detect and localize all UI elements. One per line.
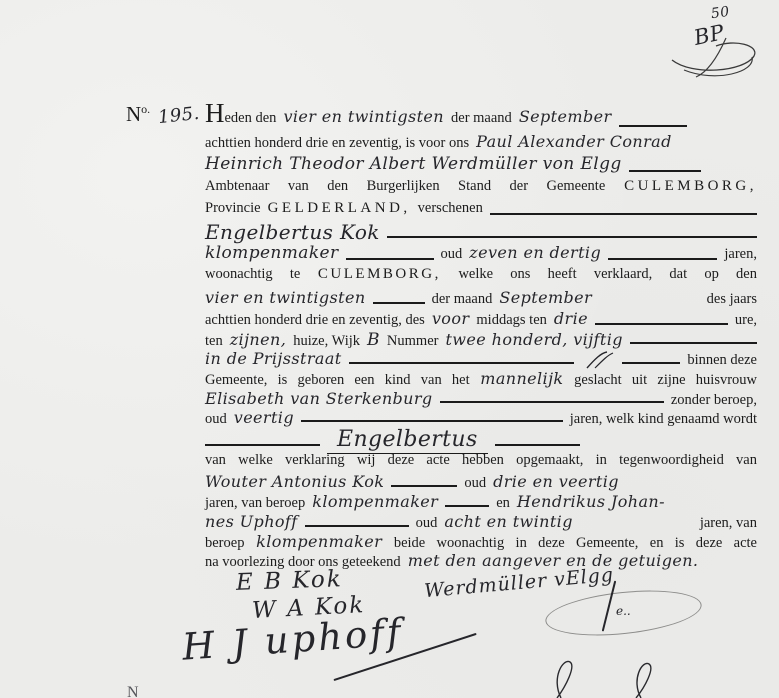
pen-flourish [581, 351, 615, 369]
handwritten-registrar-name-2: Heinrich Theodor Albert Werdmüller von E… [205, 154, 622, 174]
printed-text: der maand [432, 291, 493, 308]
handwritten-closing: met den aangever en de getuigen. [408, 551, 699, 570]
rule-fill [608, 258, 717, 260]
line-declarant-name: Engelbertus Kok [205, 220, 757, 243]
handwritten-month: September [519, 107, 612, 126]
handwritten-hour: drie [554, 309, 588, 328]
line-house-number: ten zijnen, huize, Wijk B Nummer twee ho… [205, 330, 757, 349]
paraph-flourish [664, 30, 768, 80]
handwritten-witness2-name-1: Hendrikus Johan- [517, 492, 665, 511]
printed-text: beroep [205, 535, 244, 551]
line-witness1: Wouter Antonius Kok oud drie en veertig [205, 472, 757, 492]
printed-text: jaren, van beroep [205, 495, 305, 512]
rule-fill [373, 302, 425, 304]
act-number-ordinal: o. [141, 102, 150, 116]
line-birth-time: achttien honderd drie en zeventig, des v… [205, 309, 757, 330]
printed-text: achttien honderd drie en zeventig, is vo… [205, 135, 469, 152]
handwritten-mother-name: Elisabeth van Sterkenburg [205, 389, 433, 408]
line-street: in de Prijsstraat binnen deze [205, 349, 757, 369]
line-declarant-occupation-age: klompenmaker oud zeven en dertig jaren, [205, 243, 757, 265]
rule-fill [629, 170, 701, 172]
rule-fill [305, 525, 409, 527]
handwritten-day: vier en twintigsten [283, 107, 444, 126]
printed-text: oud [464, 475, 486, 492]
handwritten-mother-age: veertig [234, 408, 294, 427]
printed-text: jaren, [724, 246, 757, 263]
printed-initial: H [205, 98, 225, 128]
handwritten-witness2-age: acht en twintig [444, 512, 573, 531]
handwritten-house-number: twee honderd, vijftig [445, 330, 622, 349]
handwritten-witness1-name: Wouter Antonius Kok [205, 472, 384, 491]
line-registrar-name: Heinrich Theodor Albert Werdmüller von E… [205, 154, 757, 177]
handwritten-gender: mannelijk [480, 369, 563, 388]
line-opening-date: Heden den vier en twintigsten der maand … [205, 98, 757, 132]
handwriting-fragment-loops [545, 656, 715, 698]
registrar-paraph-mark: e.. [616, 604, 631, 618]
printed-text: achttien honderd drie en zeventig, des [205, 312, 425, 329]
printed-text: ure, [735, 312, 757, 329]
rule-fill [495, 444, 580, 446]
signature-witness2: H J uphoff [181, 610, 405, 668]
handwritten-age: zeven en dertig [469, 243, 601, 262]
rule-fill [349, 362, 575, 364]
printed-text: des jaars [707, 291, 757, 308]
printed-municipality: CULEMBORG, [624, 178, 757, 194]
line-child-gender: Gemeente, is geboren een kind van het ma… [205, 369, 757, 389]
rule-fill [301, 420, 563, 422]
printed-text: ten [205, 333, 223, 350]
handwritten-birth-day: vier en twintigsten [205, 288, 366, 307]
line-witness1-occupation: jaren, van beroep klompenmaker en Hendri… [205, 492, 757, 512]
printed-text: welke ons heeft verklaard, dat op den [458, 266, 757, 282]
signature-declarant: E B Kok [236, 566, 344, 596]
line-child-name: Engelbertus [205, 427, 757, 451]
handwritten-street: in de Prijsstraat [205, 349, 342, 368]
handwritten-witness1-occupation: klompenmaker [312, 492, 438, 511]
handwritten-witness1-age: drie en veertig [493, 472, 619, 491]
printed-text: zonder beroep, [671, 392, 757, 409]
act-number-value: 195. [157, 103, 201, 128]
line-mother-name: Elisabeth van Sterkenburg zonder beroep, [205, 389, 757, 408]
line-year-registrar: achttien honderd drie en zeventig, is vo… [205, 132, 757, 154]
rule-fill [205, 444, 320, 446]
handwritten-district: B [367, 330, 380, 350]
handwritten-child-name: Engelbertus [327, 427, 488, 454]
printed-text: huize, Wijk [293, 333, 360, 350]
rule-fill [346, 258, 434, 260]
handwritten-occupation: klompenmaker [205, 243, 339, 263]
printed-text: Provincie [205, 200, 261, 217]
rule-fill [445, 505, 489, 507]
handwritten-birth-month: September [499, 288, 592, 307]
rule-fill [630, 342, 757, 344]
rule-fill [622, 362, 680, 364]
printed-text: woonachtig te [205, 266, 300, 282]
rule-fill [440, 401, 664, 403]
printed-text: Ambtenaar van den Burgerlijken Stand der… [205, 178, 605, 194]
handwritten-daypart: voor [432, 309, 470, 328]
printed-text: verschenen [418, 200, 483, 217]
line-residence: woonachtig te CULEMBORG, welke ons heeft… [205, 265, 757, 288]
handwritten-witness2-occupation: klompenmaker [256, 532, 382, 551]
printed-text: oud [441, 246, 463, 263]
printed-text: van welke verklaring wij deze acte hebbe… [205, 452, 757, 468]
handwritten-registrar-name-1: Paul Alexander Conrad [476, 132, 672, 151]
printed-text: oud [205, 411, 227, 428]
line-province: Provincie GELDERLAND, verschenen [205, 200, 757, 220]
act-text-block: Heden den vier en twintigsten der maand … [205, 98, 757, 571]
printed-text: Nummer [387, 333, 439, 350]
printed-text: jaren, welk kind genaamd wordt [570, 411, 757, 428]
printed-text: beide woonachtig in deze Gemeente, en is… [394, 535, 757, 551]
printed-text: geslacht uit zijne huisvrouw [574, 372, 757, 388]
rule-fill [619, 125, 687, 127]
printed-text: eden den [225, 110, 277, 126]
rule-fill [595, 323, 728, 325]
act-number: No. 195. [126, 102, 200, 127]
rule-fill [490, 213, 757, 215]
printed-municipality: CULEMBORG, [318, 266, 441, 282]
rule-fill [387, 236, 757, 238]
printed-text: en [496, 495, 510, 512]
handwritten-witness2-name-2: nes Uphoff [205, 512, 298, 531]
printed-text: jaren, van [700, 515, 757, 532]
line-witness-intro: van welke verklaring wij deze acte hebbe… [205, 451, 757, 472]
line-mother-age: oud veertig jaren, welk kind genaamd wor… [205, 408, 757, 427]
printed-province: GELDERLAND, [268, 200, 411, 217]
printed-text: middags ten [476, 312, 546, 329]
printed-text: oud [416, 515, 438, 532]
next-act-fragment: N [127, 684, 139, 698]
line-witness2: nes Uphoff oud acht en twintig jaren, va… [205, 512, 757, 532]
line-birth-date: vier en twintigsten der maand September … [205, 288, 757, 309]
act-number-label: N [126, 102, 141, 126]
handwritten-declarant-name: Engelbertus Kok [205, 220, 380, 244]
line-official-title: Ambtenaar van den Burgerlijken Stand der… [205, 177, 757, 200]
scanned-birth-record-page: { "header": { "corner_number": "50", "pa… [0, 0, 779, 698]
rule-fill [391, 485, 457, 487]
line-witness2-occupation: beroep klompenmaker beide woonachtig in … [205, 532, 757, 551]
printed-text: binnen deze [687, 352, 757, 369]
printed-text: der maand [451, 110, 512, 127]
handwritten-whose-house: zijnen, [230, 330, 286, 349]
printed-text: Gemeente, is geboren een kind van het [205, 372, 470, 388]
